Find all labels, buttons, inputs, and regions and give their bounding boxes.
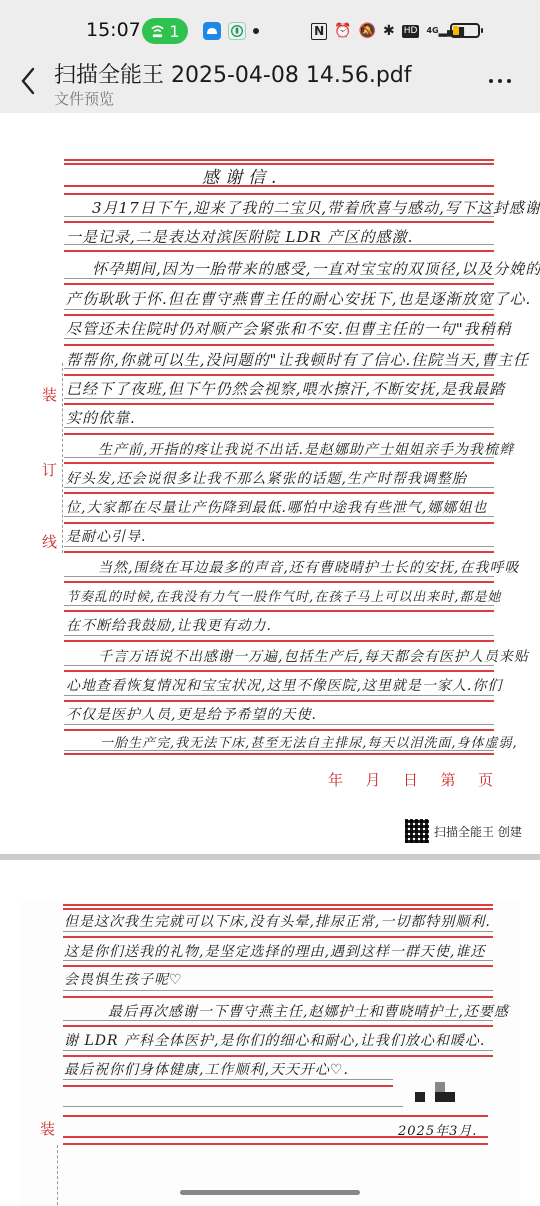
rule-line bbox=[64, 605, 494, 606]
letter-line: 会畏惧生孩子呢♡ bbox=[64, 969, 183, 989]
notification-dot bbox=[253, 28, 259, 34]
letter-line: 谢 LDR 产科全体医护,是你们的细心和耐心,让我们放心和暖心. bbox=[64, 1030, 485, 1050]
margin-label-ding: 订 bbox=[42, 459, 57, 480]
rule-line bbox=[63, 908, 493, 910]
rule-line bbox=[64, 487, 494, 488]
footer-year: 年 bbox=[328, 769, 343, 790]
file-subtitle: 文件预览 bbox=[54, 88, 114, 109]
hd-icon: HD bbox=[402, 25, 420, 38]
app-header: 扫描全能王 2025-04-08 14.56.pdf 文件预览 bbox=[0, 50, 540, 113]
rule-line bbox=[64, 522, 494, 524]
wifi-hotspot-icon bbox=[150, 24, 165, 39]
pdf-page-2: 但是这次我生完就可以下床,没有头晕,排尿正常,一切都特别顺利. 这是你们送我的礼… bbox=[0, 860, 540, 1206]
camscanner-watermark: 扫描全能王 创建 bbox=[405, 819, 522, 843]
rule-line bbox=[64, 278, 494, 279]
rule-line bbox=[64, 368, 494, 369]
watermark-text: 扫描全能王 创建 bbox=[434, 823, 522, 840]
rule-line bbox=[64, 427, 494, 428]
letter-line: 尽管还未住院时仍对顺产会紧张和不安.但曹主任的一句"我稍稍 bbox=[66, 318, 512, 339]
rule-line bbox=[63, 1079, 393, 1080]
rule-line bbox=[64, 753, 494, 755]
footer-page: 页 bbox=[478, 769, 493, 790]
system-icons: N ⏰ 🔕 ✱ HD 4G▂▄▆ bbox=[311, 20, 464, 42]
letter-line: 3月17日下午,迎来了我的二宝贝,带着欣喜与感动,写下这封感谢信. bbox=[92, 197, 540, 218]
letter-line: 怀孕期间,因为一胎带来的感受,一直对宝宝的双顶径,以及分娩的 bbox=[92, 258, 540, 279]
rule-line bbox=[63, 1115, 488, 1117]
network-type: 4G bbox=[426, 26, 438, 35]
letter-line: 不仅是医护人员,更是给予希望的天使. bbox=[66, 704, 317, 724]
rule-line bbox=[63, 1106, 403, 1107]
redacted-signature bbox=[435, 1092, 455, 1102]
rule-line bbox=[64, 635, 494, 636]
rule-line bbox=[64, 403, 494, 405]
file-title: 扫描全能王 2025-04-08 14.56.pdf bbox=[54, 58, 412, 89]
rule-line bbox=[64, 695, 494, 696]
hotspot-badge[interactable]: 1 bbox=[142, 18, 188, 44]
rule-line bbox=[64, 221, 494, 223]
rule-line bbox=[64, 344, 494, 346]
more-options-button[interactable] bbox=[486, 70, 514, 92]
rule-line bbox=[64, 250, 494, 252]
letter-line: 最后再次感谢一下曹守燕主任,赵娜护士和曹晓晴护士,还要感 bbox=[108, 1001, 509, 1021]
rule-line bbox=[64, 724, 494, 725]
android-app-icon bbox=[203, 22, 221, 40]
qr-code-icon bbox=[405, 819, 429, 843]
mute-icon: 🔕 bbox=[359, 20, 376, 42]
letter-line: 当然,围绕在耳边最多的声音,还有曹晓晴护士长的安抚,在我呼吸 bbox=[98, 557, 519, 577]
rule-line bbox=[64, 283, 494, 285]
letter-line: 生产前,开指的疼让我说不出话.是赵娜助产士姐姐亲手为我梳辫 bbox=[98, 439, 514, 459]
rule-line bbox=[63, 904, 493, 906]
rule-line bbox=[63, 996, 493, 998]
page-footer-fields: 年 月 日 第 页 bbox=[328, 769, 493, 790]
letter-line: 好头发,还会说很多让我不那么紧张的话题,生产时帮我调整胎 bbox=[66, 468, 467, 488]
battery-icon bbox=[450, 23, 480, 38]
mic-app-icon bbox=[228, 22, 246, 40]
letter-line: 产伤耿耿于怀.但在曹守燕曹主任的耐心安抚下,也是逐渐放宽了心. bbox=[66, 288, 531, 309]
chevron-left-icon bbox=[20, 67, 36, 95]
rule-line bbox=[64, 314, 494, 316]
letter-line: 已经下了夜班,但下午仍然会视察,喂水擦汗,不断安抚,是我最踏 bbox=[66, 378, 505, 399]
pdf-page-1: 感谢信. 3月17日下午,迎来了我的二宝贝,带着欣喜与感动,写下这封感谢信. 一… bbox=[0, 113, 540, 854]
more-dot bbox=[507, 79, 511, 83]
home-indicator[interactable] bbox=[180, 1190, 360, 1195]
rule-line bbox=[64, 670, 494, 672]
letter-line: 但是这次我生完就可以下床,没有头晕,排尿正常,一切都特别顺利. bbox=[64, 911, 491, 931]
rule-line bbox=[64, 492, 494, 494]
letter-line: 最后祝你们身体健康,工作顺利,天天开心♡. bbox=[64, 1059, 349, 1079]
rule-line bbox=[64, 665, 494, 666]
rule-line bbox=[64, 338, 494, 339]
letter-line: 是耐心引导. bbox=[66, 526, 146, 546]
rule-line bbox=[63, 1136, 488, 1138]
rule-line bbox=[64, 546, 494, 547]
margin-label-zhuang: 装 bbox=[42, 384, 57, 405]
pdf-viewer[interactable]: 感谢信. 3月17日下午,迎来了我的二宝贝,带着欣喜与感动,写下这封感谢信. 一… bbox=[0, 113, 540, 1206]
binding-line bbox=[62, 363, 63, 553]
redacted-signature bbox=[415, 1092, 425, 1102]
rule-line bbox=[64, 244, 494, 245]
rule-line bbox=[64, 700, 494, 702]
rule-line bbox=[63, 1143, 488, 1145]
letter-line: 一胎生产完,我无法下床,甚至无法自主排尿,每天以泪洗面,身体虚弱, bbox=[100, 732, 518, 751]
status-bar: 15:07 1 N ⏰ 🔕 ✱ HD 4G▂▄▆ bbox=[0, 0, 540, 50]
footer-di: 第 bbox=[440, 769, 455, 790]
more-horizontal-icon bbox=[489, 79, 493, 83]
hotspot-count: 1 bbox=[169, 22, 179, 41]
rule-line bbox=[63, 936, 493, 938]
letter-line: 节奏乱的时候,在我没有力气一股作气时,在孩子马上可以出来时,都是她 bbox=[66, 586, 501, 605]
rule-line bbox=[64, 610, 494, 612]
rule-line bbox=[64, 398, 494, 399]
rule-line bbox=[63, 1025, 493, 1027]
letter-line: 帮帮你,你就可以生,没问题的"让我顿时有了信心.住院当天,曹主任 bbox=[66, 349, 529, 370]
rule-line bbox=[64, 185, 494, 187]
letter-line: 位,大家都在尽量让产伤降到最低.哪怕中途我有些泄气,娜娜姐也 bbox=[66, 497, 487, 517]
letter-line: 这是你们送我的礼物,是坚定选择的理由,遇到这样一群天使,谁还 bbox=[64, 941, 485, 961]
rule-line bbox=[63, 960, 493, 961]
bluetooth-icon: ✱ bbox=[383, 20, 395, 42]
binding-line bbox=[57, 1145, 58, 1205]
redacted-signature bbox=[435, 1082, 445, 1092]
rule-line bbox=[63, 1055, 493, 1057]
footer-day: 日 bbox=[403, 769, 418, 790]
rule-line bbox=[64, 750, 494, 751]
rule-line bbox=[64, 729, 494, 731]
rule-line bbox=[63, 931, 493, 932]
rule-line bbox=[64, 581, 494, 583]
rule-line bbox=[64, 433, 494, 435]
letter-line: 心地查看恢复情况和宝宝状况,这里不像医院,这里就是一家人.你们 bbox=[66, 675, 502, 695]
footer-month: 月 bbox=[365, 769, 380, 790]
rule-line bbox=[64, 159, 494, 161]
rule-line bbox=[64, 309, 494, 310]
rule-line bbox=[64, 576, 494, 577]
rule-line bbox=[64, 516, 494, 517]
letter-line: 千言万语说不出感谢一万遍,包括生产后,每天都会有医护人员来贴 bbox=[98, 646, 529, 666]
alarm-icon: ⏰ bbox=[334, 20, 351, 42]
rule-line bbox=[64, 462, 494, 464]
clock: 15:07 bbox=[86, 19, 141, 41]
letter-line: 实的依靠. bbox=[66, 407, 136, 428]
rule-line bbox=[64, 457, 494, 458]
letter-line: 在不断给我鼓励,让我更有动力. bbox=[66, 615, 272, 635]
rule-line bbox=[64, 193, 494, 195]
margin-label-xian: 线 bbox=[42, 531, 57, 552]
rule-line bbox=[64, 374, 494, 376]
more-dot bbox=[498, 79, 502, 83]
rule-line bbox=[64, 216, 494, 217]
rule-line bbox=[63, 1050, 493, 1051]
nfc-icon: N bbox=[311, 23, 327, 40]
rule-line bbox=[63, 965, 493, 967]
rule-line bbox=[63, 1020, 493, 1021]
back-button[interactable] bbox=[16, 64, 40, 98]
rule-line bbox=[64, 551, 494, 553]
margin-label-zhuang: 装 bbox=[40, 1118, 55, 1139]
rule-line bbox=[64, 640, 494, 642]
rule-line bbox=[63, 990, 493, 991]
rule-line bbox=[63, 1085, 393, 1087]
